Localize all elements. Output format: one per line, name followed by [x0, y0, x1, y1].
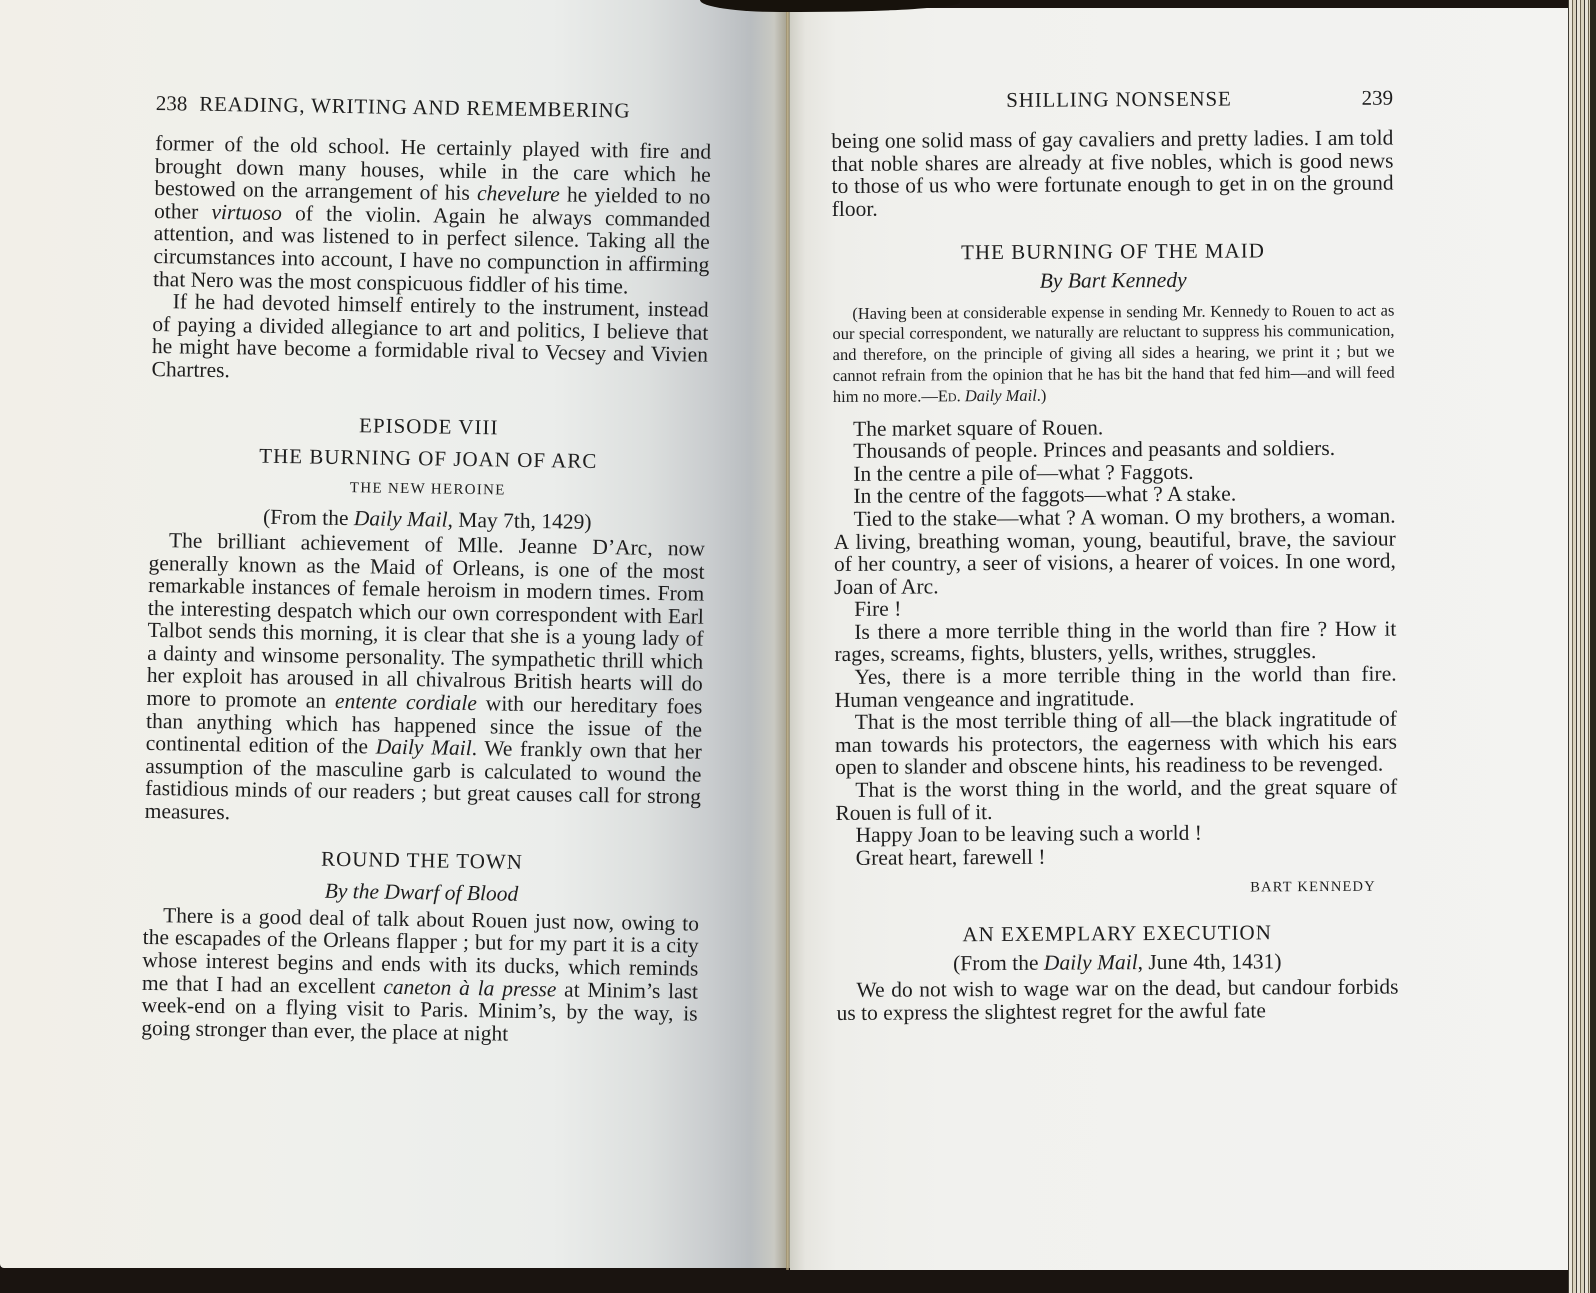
- paragraph-nero: former of the old school. He certainly p…: [153, 132, 711, 299]
- editor-note: (Having been at considerable expense in …: [832, 300, 1395, 407]
- text: , May 7th, 1429): [447, 508, 591, 534]
- paragraph-round-the-town: There is a good deal of talk about Rouen…: [141, 904, 699, 1048]
- episode-title: THE BURNING OF JOAN OF ARC: [150, 443, 706, 474]
- section-title-new-heroine: THE NEW HEROINE: [150, 474, 706, 505]
- italic-text: virtuoso: [211, 200, 282, 225]
- running-head-title-right: SHILLING NONSENSE: [1006, 88, 1231, 112]
- left-running-head: 238 READING, WRITING AND REMEMBERING: [155, 92, 711, 137]
- paragraph-worst: That is the worst thing in the world, an…: [835, 776, 1397, 825]
- paragraph-fire: Is there a more terrible thing in the wo…: [834, 617, 1396, 666]
- paragraph-yes: Yes, there is a more terrible thing in t…: [835, 663, 1397, 712]
- section-title-exemplary-execution: AN EXEMPLARY EXECUTION: [836, 921, 1398, 947]
- paragraph-continuation: being one solid mass of gay cavaliers an…: [831, 127, 1394, 221]
- italic-text: Daily Mail: [354, 506, 448, 531]
- left-page-text: 238 READING, WRITING AND REMEMBERING for…: [141, 92, 712, 1048]
- italic-text: Daily Mail: [375, 735, 471, 761]
- right-running-head: SHILLING NONSENSE 239: [831, 87, 1393, 126]
- line-thousands: Thousands of people. Princes and peasant…: [833, 437, 1395, 463]
- editor-abbrev: Ed.: [938, 386, 961, 405]
- paragraph-exemplary-execution: We do not wish to wage war on the dead, …: [836, 976, 1398, 1025]
- text: , June 4th, 1431): [1138, 949, 1282, 974]
- text: The brilliant achievement of Mlle. Jeann…: [146, 528, 705, 713]
- paragraph-most-terrible: That is the most terrible thing of all—t…: [835, 708, 1397, 779]
- running-head-title-left: READING, WRITING AND REMEMBERING: [199, 93, 631, 122]
- section-source-june: (From the Daily Mail, June 4th, 1431): [836, 949, 1398, 975]
- page-number-right: 239: [1361, 87, 1393, 110]
- text: (From the: [263, 505, 354, 530]
- italic-text: Daily Mail: [965, 385, 1037, 404]
- signature-bart-kennedy: BART KENNEDY: [836, 876, 1398, 902]
- italic-text: chevelure: [477, 181, 560, 206]
- paragraph-woman: Tied to the stake—what ? A woman. O my b…: [834, 504, 1397, 598]
- byline-bart-kennedy: By Bart Kennedy: [832, 268, 1394, 294]
- page-number-left: 238: [156, 92, 188, 115]
- text: (Having been at considerable expense in …: [832, 300, 1394, 406]
- italic-text: Daily Mail: [1044, 950, 1138, 975]
- page-edges: [1568, 0, 1596, 1293]
- text: .): [1037, 385, 1047, 404]
- text: (From the: [953, 950, 1044, 975]
- paragraph-instrument: If he had devoted himself entirely to th…: [151, 290, 708, 389]
- book-gutter: [786, 10, 789, 1270]
- section-title-burning-of-the-maid: THE BURNING OF THE MAID: [832, 239, 1394, 265]
- book-scan: 238 READING, WRITING AND REMEMBERING for…: [0, 0, 1596, 1293]
- paragraph-new-heroine: The brilliant achievement of Mlle. Jeann…: [145, 529, 706, 831]
- right-page-text: SHILLING NONSENSE 239 being one solid ma…: [831, 87, 1399, 1025]
